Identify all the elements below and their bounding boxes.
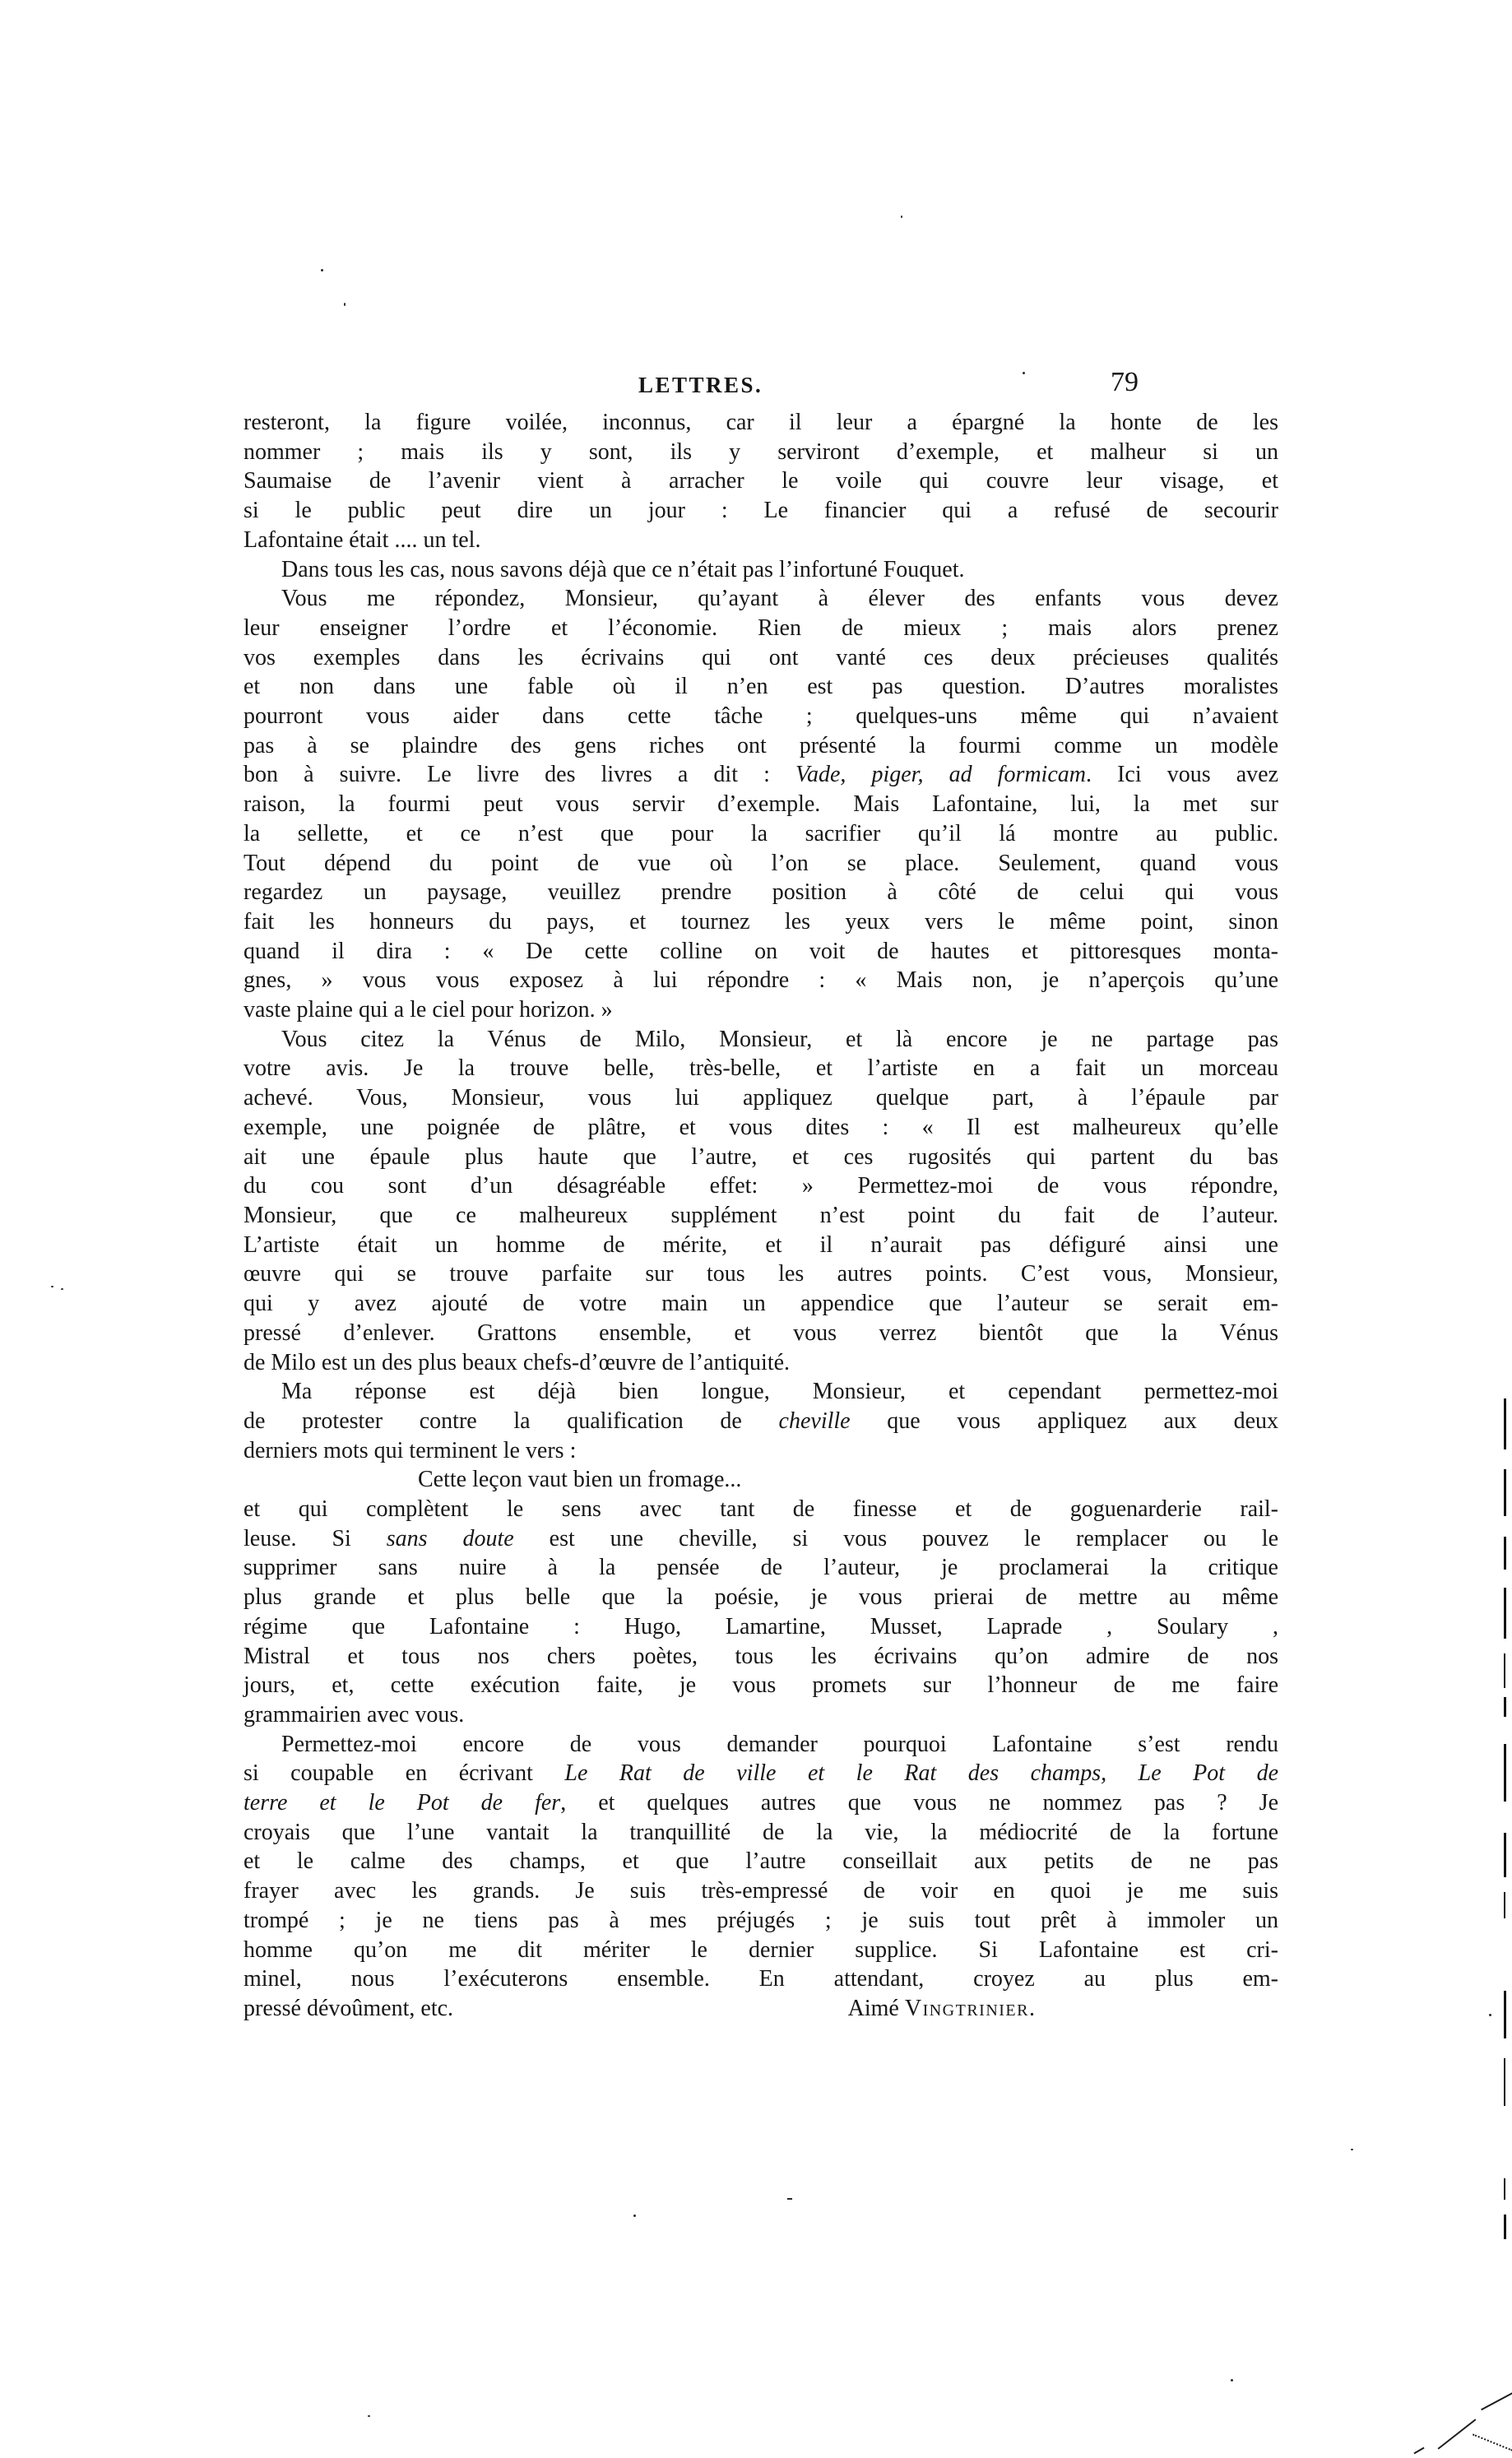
text-segment: plus grande et plus belle que la poésie,… bbox=[243, 1584, 1278, 1610]
text-line: vos exemples dans les écrivains qui ont … bbox=[243, 643, 1278, 673]
text-line: de protester contre la qualification de … bbox=[243, 1407, 1278, 1436]
text-segment: jours, et, cette exécution faite, je vou… bbox=[243, 1672, 1278, 1698]
text-segment: la sellette, et ce n’est que pour la sac… bbox=[243, 821, 1278, 846]
text-segment: ait une épaule plus haute que l’autre, e… bbox=[243, 1144, 1278, 1170]
text-line: fait les honneurs du pays, et tournez le… bbox=[243, 907, 1278, 937]
text-segment: Le Rat de ville et le Rat des champs, bbox=[564, 1760, 1106, 1786]
page-number: 79 bbox=[1111, 367, 1139, 398]
page-header-title: LETTRES. bbox=[638, 373, 763, 398]
text-segment: nommer ; mais ils y sont, ils y serviron… bbox=[243, 439, 1278, 465]
text-line: régime que Lafontaine : Hugo, Lamartine,… bbox=[243, 1612, 1278, 1642]
text-line: Vous citez la Vénus de Milo, Monsieur, e… bbox=[243, 1025, 1278, 1055]
text-segment: gnes, » vous vous exposez à lui répondre… bbox=[243, 967, 1278, 993]
text-line: raison, la fourmi peut vous servir d’exe… bbox=[243, 790, 1278, 819]
text-segment: Aimé bbox=[848, 1996, 905, 2021]
text-line: minel, nous l’exécuterons ensemble. En a… bbox=[243, 1964, 1278, 1994]
text-line: gnes, » vous vous exposez à lui répondre… bbox=[243, 966, 1278, 995]
text-segment: bon à suivre. Le livre des livres a dit … bbox=[243, 762, 795, 787]
text-line: terre et le Pot de fer, et quelques autr… bbox=[243, 1788, 1278, 1818]
text-line: Saumaise de l’avenir vient à arracher le… bbox=[243, 466, 1278, 496]
text-line: Tout dépend du point de vue où l’on se p… bbox=[243, 849, 1278, 879]
text-segment: Vous citez la Vénus de Milo, Monsieur, e… bbox=[281, 1027, 1278, 1052]
text-segment: sans doute bbox=[387, 1526, 514, 1551]
text-segment: L’artiste était un homme de mérite, et i… bbox=[243, 1232, 1278, 1258]
text-segment: Lafontaine était .... un tel. bbox=[243, 527, 480, 553]
text-segment: cheville bbox=[779, 1408, 851, 1434]
text-line: plus grande et plus belle que la poésie,… bbox=[243, 1583, 1278, 1612]
text-segment: vaste plaine qui a le ciel pour horizon.… bbox=[243, 997, 613, 1023]
text-segment: Tout dépend du point de vue où l’on se p… bbox=[243, 851, 1278, 876]
text-line: L’artiste était un homme de mérite, et i… bbox=[243, 1231, 1278, 1260]
text-segment: de Milo est un des plus beaux chefs-d’œu… bbox=[243, 1350, 790, 1375]
text-line: trompé ; je ne tiens pas à mes préjugés … bbox=[243, 1906, 1278, 1936]
text-line: Monsieur, que ce malheureux supplément n… bbox=[243, 1201, 1278, 1231]
text-segment: pourront vous aider dans cette tâche ; q… bbox=[243, 703, 1278, 729]
text-segment: Le Pot de bbox=[1139, 1760, 1278, 1786]
text-line: jours, et, cette exécution faite, je vou… bbox=[243, 1671, 1278, 1700]
text-line: Dans tous les cas, nous savons déjà que … bbox=[243, 555, 1278, 585]
text-line: si coupable en écrivant Le Rat de ville … bbox=[243, 1759, 1278, 1788]
text-line: œuvre qui se trouve parfaite sur tous le… bbox=[243, 1259, 1278, 1289]
text-line: grammairien avec vous. bbox=[243, 1700, 1278, 1730]
text-segment: . bbox=[1029, 1996, 1035, 2021]
text-line: regardez un paysage, veuillez prendre po… bbox=[243, 878, 1278, 907]
text-segment: , et quelques autres que vous ne nommez … bbox=[560, 1790, 1278, 1816]
text-segment: leuse. Si bbox=[243, 1526, 387, 1551]
text-segment: supprimer sans nuire à la pensée de l’au… bbox=[243, 1555, 1278, 1580]
text-segment: pas à se plaindre des gens riches ont pr… bbox=[243, 733, 1278, 758]
text-line: quand il dira : « De cette colline on vo… bbox=[243, 937, 1278, 967]
text-segment: achevé. Vous, Monsieur, vous lui appliqu… bbox=[243, 1085, 1278, 1111]
text-line: nommer ; mais ils y sont, ils y serviron… bbox=[243, 438, 1278, 467]
text-segment: grammairien avec vous. bbox=[243, 1702, 464, 1728]
text-segment: exemple, une poignée de plâtre, et vous … bbox=[243, 1115, 1278, 1140]
text-segment: Dans tous les cas, nous savons déjà que … bbox=[281, 557, 964, 582]
text-segment: qui y avez ajouté de votre main un appen… bbox=[243, 1291, 1278, 1316]
closing-text: pressé dévoûment, etc. bbox=[243, 1994, 453, 2024]
text-line: si le public peut dire un jour : Le fina… bbox=[243, 496, 1278, 526]
signature-name: Vingtrinier bbox=[905, 1996, 1029, 2021]
text-segment: Vous me répondez, Monsieur, qu’ayant à é… bbox=[281, 586, 1278, 611]
text-segment: et qui complètent le sens avec tant de f… bbox=[243, 1496, 1278, 1522]
text-line: derniers mots qui terminent le vers : bbox=[243, 1436, 1278, 1466]
text-line: Vous me répondez, Monsieur, qu’ayant à é… bbox=[243, 584, 1278, 614]
text-segment: Mistral et tous nos chers poètes, tous l… bbox=[243, 1644, 1278, 1669]
text-line: et qui complètent le sens avec tant de f… bbox=[243, 1495, 1278, 1524]
text-segment: minel, nous l’exécuterons ensemble. En a… bbox=[243, 1966, 1278, 1992]
text-segment: raison, la fourmi peut vous servir d’exe… bbox=[243, 791, 1278, 817]
text-segment: si coupable en écrivant bbox=[243, 1760, 564, 1786]
text-segment: croyais que l’une vantait la tranquillit… bbox=[243, 1820, 1278, 1845]
text-line: la sellette, et ce n’est que pour la sac… bbox=[243, 819, 1278, 849]
text-line: bon à suivre. Le livre des livres a dit … bbox=[243, 760, 1278, 790]
text-line: leuse. Si sans doute est une cheville, s… bbox=[243, 1524, 1278, 1554]
text-segment: œuvre qui se trouve parfaite sur tous le… bbox=[243, 1261, 1278, 1287]
text-line: pourront vous aider dans cette tâche ; q… bbox=[243, 702, 1278, 731]
signature: Aimé Vingtrinier. bbox=[848, 1994, 1035, 2024]
text-line: croyais que l’une vantait la tranquillit… bbox=[243, 1818, 1278, 1848]
text-line: homme qu’on me dit mériter le dernier su… bbox=[243, 1936, 1278, 1965]
text-line: resteront, la figure voilée, inconnus, c… bbox=[243, 408, 1278, 438]
text-segment: leur enseigner l’ordre et l’économie. Ri… bbox=[243, 615, 1278, 641]
text-line: pressé dévoûment, etc.Aimé Vingtrinier. bbox=[243, 1994, 1278, 2024]
text-segment: vos exemples dans les écrivains qui ont … bbox=[243, 645, 1278, 670]
text-line: Permettez-moi encore de vous demander po… bbox=[243, 1730, 1278, 1760]
text-line: achevé. Vous, Monsieur, vous lui appliqu… bbox=[243, 1083, 1278, 1113]
text-segment: Ma réponse est déjà bien longue, Monsieu… bbox=[281, 1379, 1278, 1404]
text-segment: regardez un paysage, veuillez prendre po… bbox=[243, 879, 1278, 905]
verse-line: Cette leçon vaut bien un fromage... bbox=[243, 1465, 1278, 1495]
text-line: leur enseigner l’ordre et l’économie. Ri… bbox=[243, 614, 1278, 643]
text-segment: et non dans une fable où il n’en est pas… bbox=[243, 674, 1278, 699]
text-segment: terre et le Pot de fer bbox=[243, 1790, 560, 1816]
text-line: exemple, une poignée de plâtre, et vous … bbox=[243, 1113, 1278, 1143]
text-segment: régime que Lafontaine : Hugo, Lamartine,… bbox=[243, 1614, 1278, 1639]
text-line: pas à se plaindre des gens riches ont pr… bbox=[243, 731, 1278, 761]
text-segment: Saumaise de l’avenir vient à arracher le… bbox=[243, 468, 1278, 494]
text-line: du cou sont d’un désagréable effet: » Pe… bbox=[243, 1171, 1278, 1201]
text-segment: du cou sont d’un désagréable effet: » Pe… bbox=[243, 1173, 1278, 1199]
book-page: LETTRES. 79 resteront, la figure voilée,… bbox=[0, 0, 1512, 2458]
text-segment: Permettez-moi encore de vous demander po… bbox=[281, 1732, 1278, 1757]
text-segment: derniers mots qui terminent le vers : bbox=[243, 1438, 576, 1463]
text-segment: Vade, piger, ad formicam bbox=[795, 762, 1086, 787]
text-segment: de protester contre la qualification de bbox=[243, 1408, 779, 1434]
text-segment: est une cheville, si vous pouvez le remp… bbox=[514, 1526, 1278, 1551]
text-line: Ma réponse est déjà bien longue, Monsieu… bbox=[243, 1377, 1278, 1407]
text-segment: pressé dévoûment, etc. bbox=[243, 1996, 453, 2021]
text-segment: frayer avec les grands. Je suis très-emp… bbox=[243, 1878, 1278, 1904]
text-line: supprimer sans nuire à la pensée de l’au… bbox=[243, 1553, 1278, 1583]
text-segment: fait les honneurs du pays, et tournez le… bbox=[243, 909, 1278, 935]
text-line: qui y avez ajouté de votre main un appen… bbox=[243, 1289, 1278, 1319]
text-segment: homme qu’on me dit mériter le dernier su… bbox=[243, 1937, 1278, 1963]
text-line: votre avis. Je la trouve belle, très-bel… bbox=[243, 1054, 1278, 1083]
text-line: Mistral et tous nos chers poètes, tous l… bbox=[243, 1642, 1278, 1672]
text-segment: pressé d’enlever. Grattons ensemble, et … bbox=[243, 1320, 1278, 1346]
text-segment: quand il dira : « De cette colline on vo… bbox=[243, 939, 1278, 964]
text-line: et non dans une fable où il n’en est pas… bbox=[243, 672, 1278, 702]
body-text: resteront, la figure voilée, inconnus, c… bbox=[243, 408, 1278, 2024]
text-segment: Cette leçon vaut bien un fromage... bbox=[418, 1467, 741, 1492]
text-line: Lafontaine était .... un tel. bbox=[243, 526, 1278, 555]
text-line: de Milo est un des plus beaux chefs-d’œu… bbox=[243, 1348, 1278, 1378]
text-line: pressé d’enlever. Grattons ensemble, et … bbox=[243, 1319, 1278, 1348]
text-segment: trompé ; je ne tiens pas à mes préjugés … bbox=[243, 1908, 1278, 1933]
text-segment bbox=[1106, 1760, 1139, 1786]
text-segment: resteront, la figure voilée, inconnus, c… bbox=[243, 410, 1278, 435]
text-segment: votre avis. Je la trouve belle, très-bel… bbox=[243, 1055, 1278, 1081]
text-line: frayer avec les grands. Je suis très-emp… bbox=[243, 1876, 1278, 1906]
text-segment: . Ici vous avez bbox=[1086, 762, 1278, 787]
text-line: vaste plaine qui a le ciel pour horizon.… bbox=[243, 995, 1278, 1025]
text-segment: que vous appliquez aux deux bbox=[851, 1408, 1278, 1434]
text-segment: si le public peut dire un jour : Le fina… bbox=[243, 498, 1278, 523]
text-segment: et le calme des champs, et que l’autre c… bbox=[243, 1848, 1278, 1874]
text-line: et le calme des champs, et que l’autre c… bbox=[243, 1847, 1278, 1876]
text-line: ait une épaule plus haute que l’autre, e… bbox=[243, 1143, 1278, 1172]
text-segment: Monsieur, que ce malheureux supplément n… bbox=[243, 1203, 1278, 1228]
